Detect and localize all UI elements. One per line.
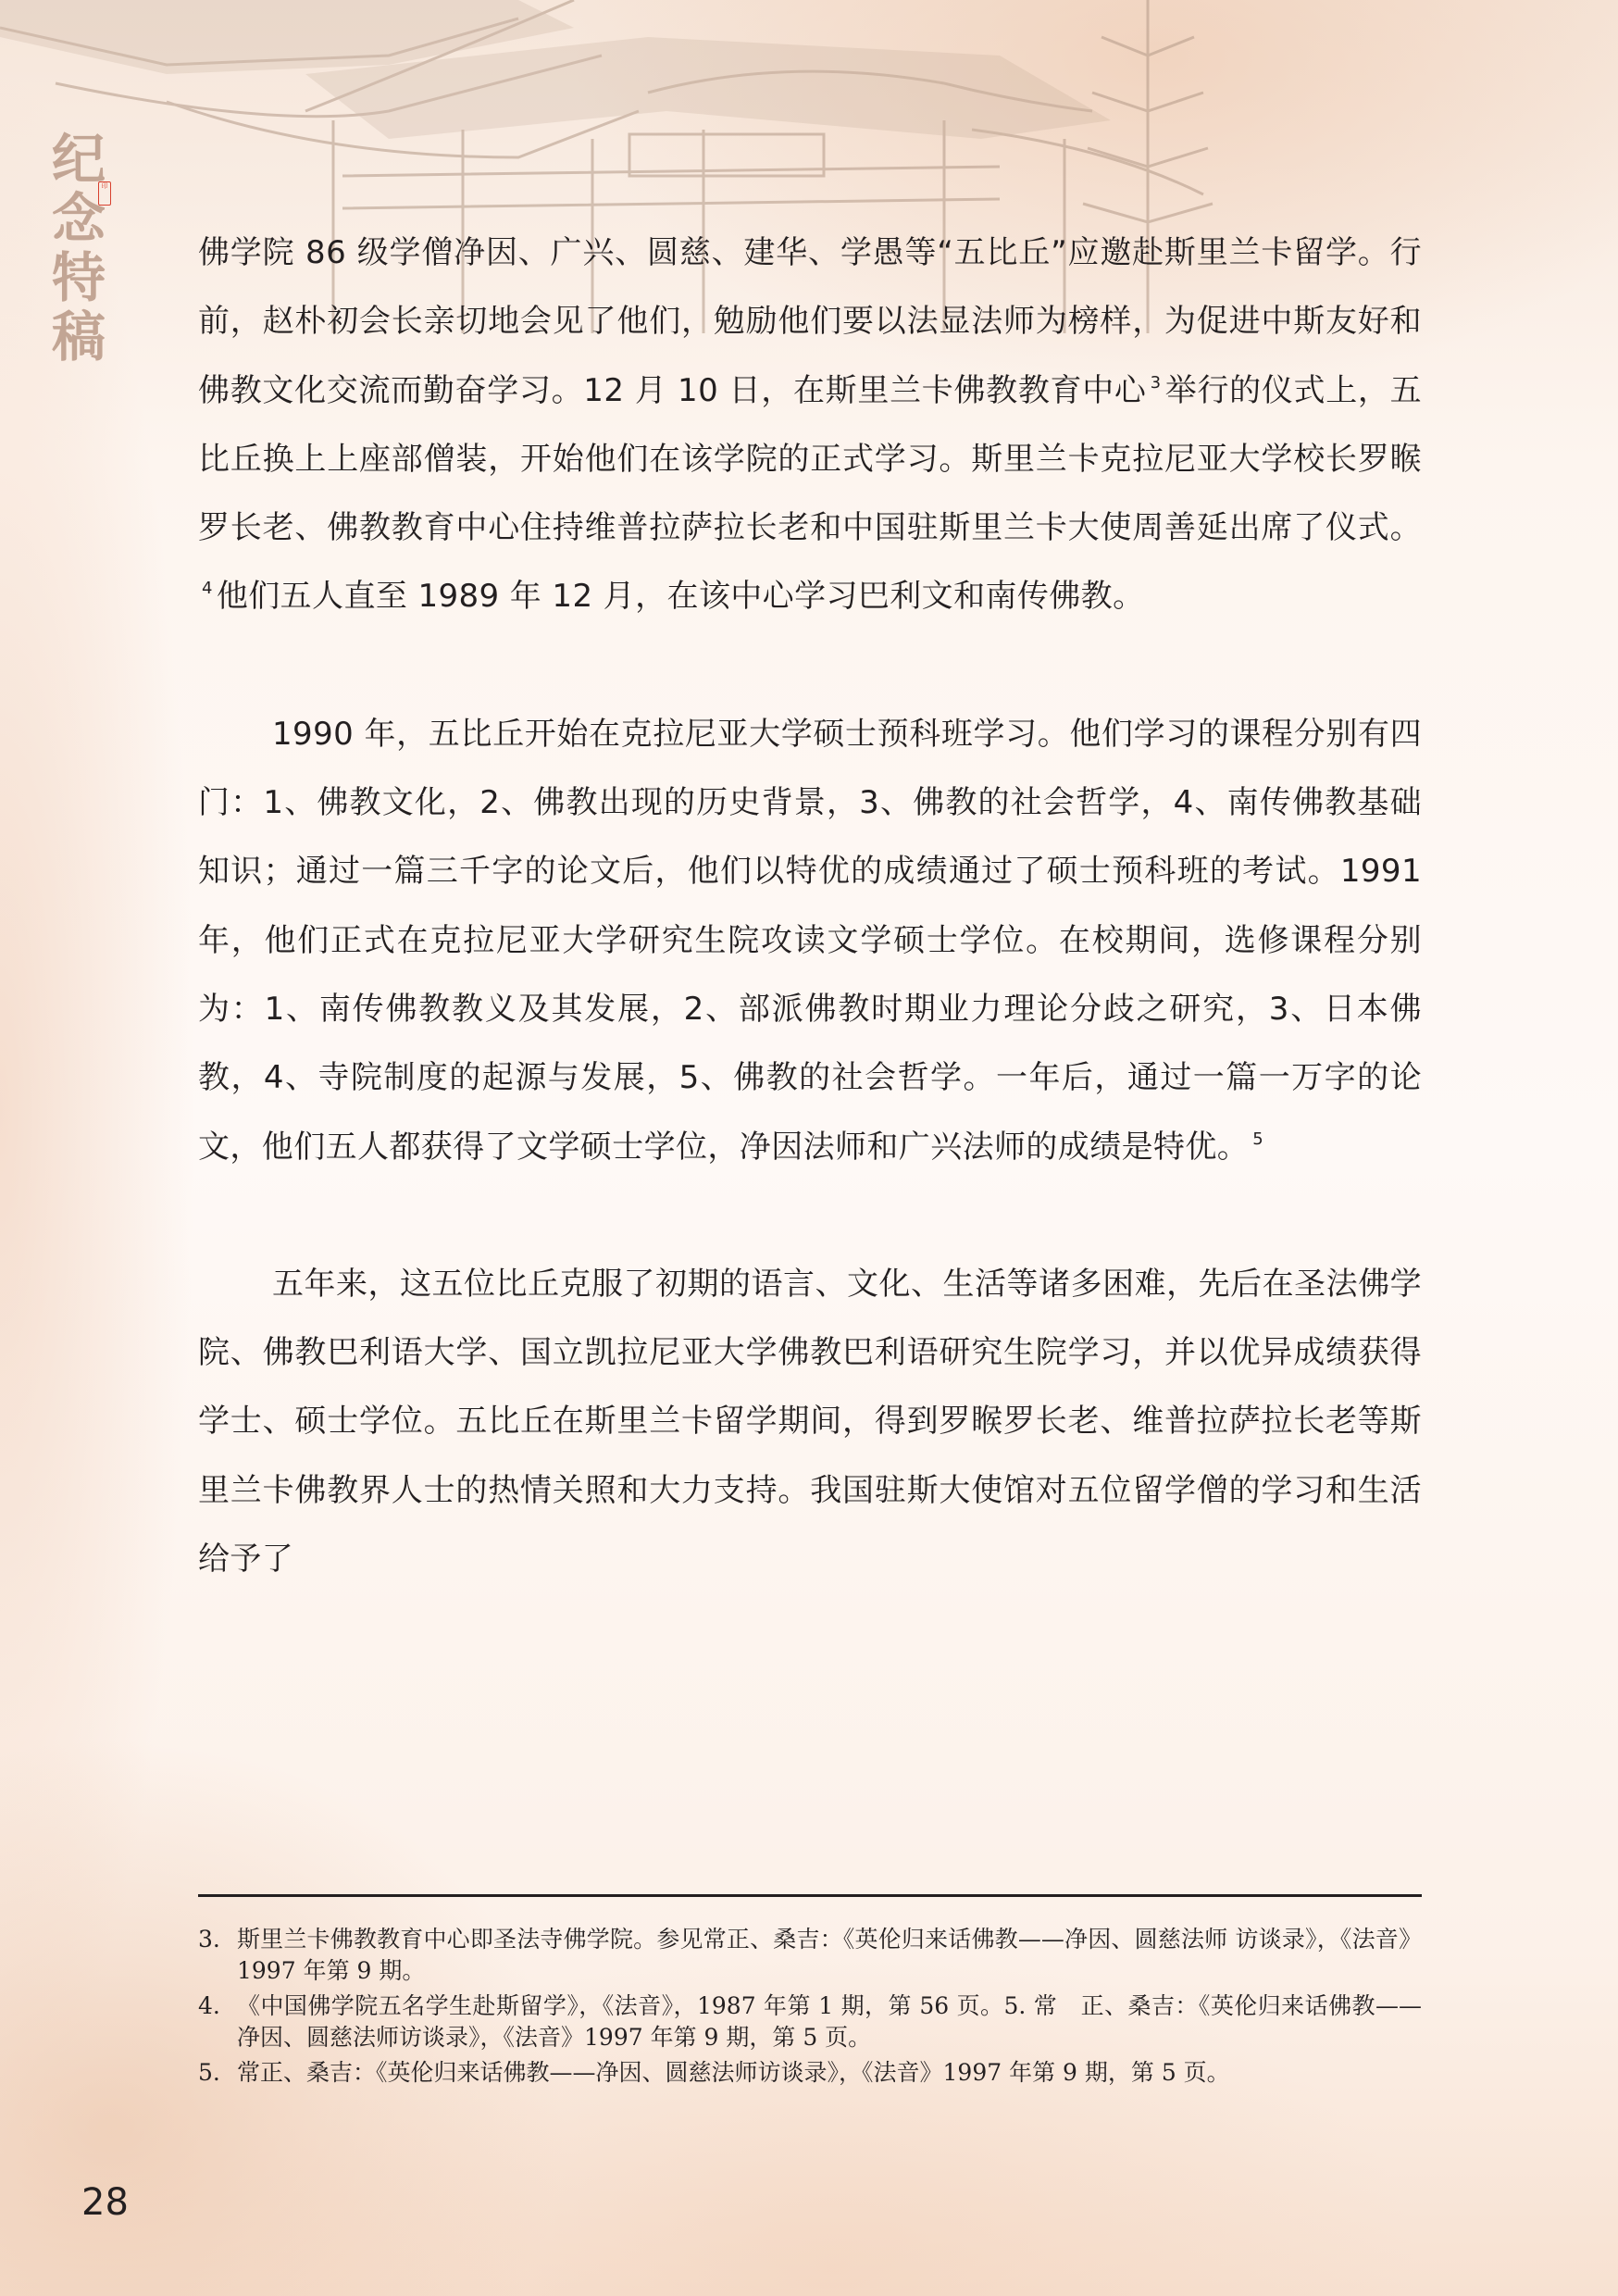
footnote-text: 斯里兰卡佛教教育中心即圣法寺佛学院。参见常正、桑吉：《英伦归来话佛教——净因、圆… [237, 1924, 1422, 1987]
footnote-3: 3. 斯里兰卡佛教教育中心即圣法寺佛学院。参见常正、桑吉：《英伦归来话佛教——净… [198, 1924, 1422, 1987]
red-seal-stamp-icon: 印 [98, 181, 111, 206]
footnote-divider [198, 1894, 1422, 1897]
paragraph-text: 他们五人直至 1989 年 12 月，在该中心学习巴利文和南传佛教。 [217, 578, 1145, 615]
paragraph-2: 1990 年，五比丘开始在克拉尼亚大学硕士预科班学习。他们学习的课程分别有四门：… [198, 700, 1422, 1181]
footnote-number: 4. [198, 1990, 237, 2053]
footnote-4: 4. 《中国佛学院五名学生赴斯留学》，《法音》，1987 年第 1 期，第 56… [198, 1990, 1422, 2053]
footnote-number: 5. [198, 2057, 237, 2089]
paragraph-1: 佛学院 86 级学僧净因、广兴、圆慈、建华、学愚等“五比丘”应邀赴斯里兰卡留学。… [198, 218, 1422, 631]
footnotes: 3. 斯里兰卡佛教教育中心即圣法寺佛学院。参见常正、桑吉：《英伦归来话佛教——净… [198, 1924, 1422, 2092]
page-number: 28 [81, 2181, 129, 2224]
footnote-number: 3. [198, 1924, 237, 1987]
paragraph-text: 五年来，这五位比丘克服了初期的语言、文化、生活等诸多困难，先后在圣法佛学院、佛教… [198, 1266, 1422, 1578]
footnote-text: 《中国佛学院五名学生赴斯留学》，《法音》，1987 年第 1 期，第 56 页。… [237, 1990, 1422, 2053]
section-title-char: 稿 [46, 307, 111, 367]
paragraph-text: 1990 年，五比丘开始在克拉尼亚大学硕士预科班学习。他们学习的课程分别有四门：… [198, 716, 1422, 1166]
footnote-ref-3[interactable]: 3 [1151, 373, 1162, 393]
footnote-text: 常正、桑吉：《英伦归来话佛教——净因、圆慈法师访谈录》，《法音》1997 年第 … [237, 2057, 1422, 2089]
article-body: 佛学院 86 级学僧净因、广兴、圆慈、建华、学愚等“五比丘”应邀赴斯里兰卡留学。… [198, 218, 1422, 1593]
footnote-ref-5[interactable]: 5 [1252, 1129, 1263, 1149]
section-title-char: 纪 [46, 130, 111, 189]
footnote-5: 5. 常正、桑吉：《英伦归来话佛教——净因、圆慈法师访谈录》，《法音》1997 … [198, 2057, 1422, 2089]
footnote-ref-4[interactable]: 4 [202, 579, 213, 598]
section-title-vertical: 纪 念 特 稿 [46, 130, 111, 367]
section-title-char: 特 [46, 248, 111, 307]
paragraph-3: 五年来，这五位比丘克服了初期的语言、文化、生活等诸多困难，先后在圣法佛学院、佛教… [198, 1250, 1422, 1593]
